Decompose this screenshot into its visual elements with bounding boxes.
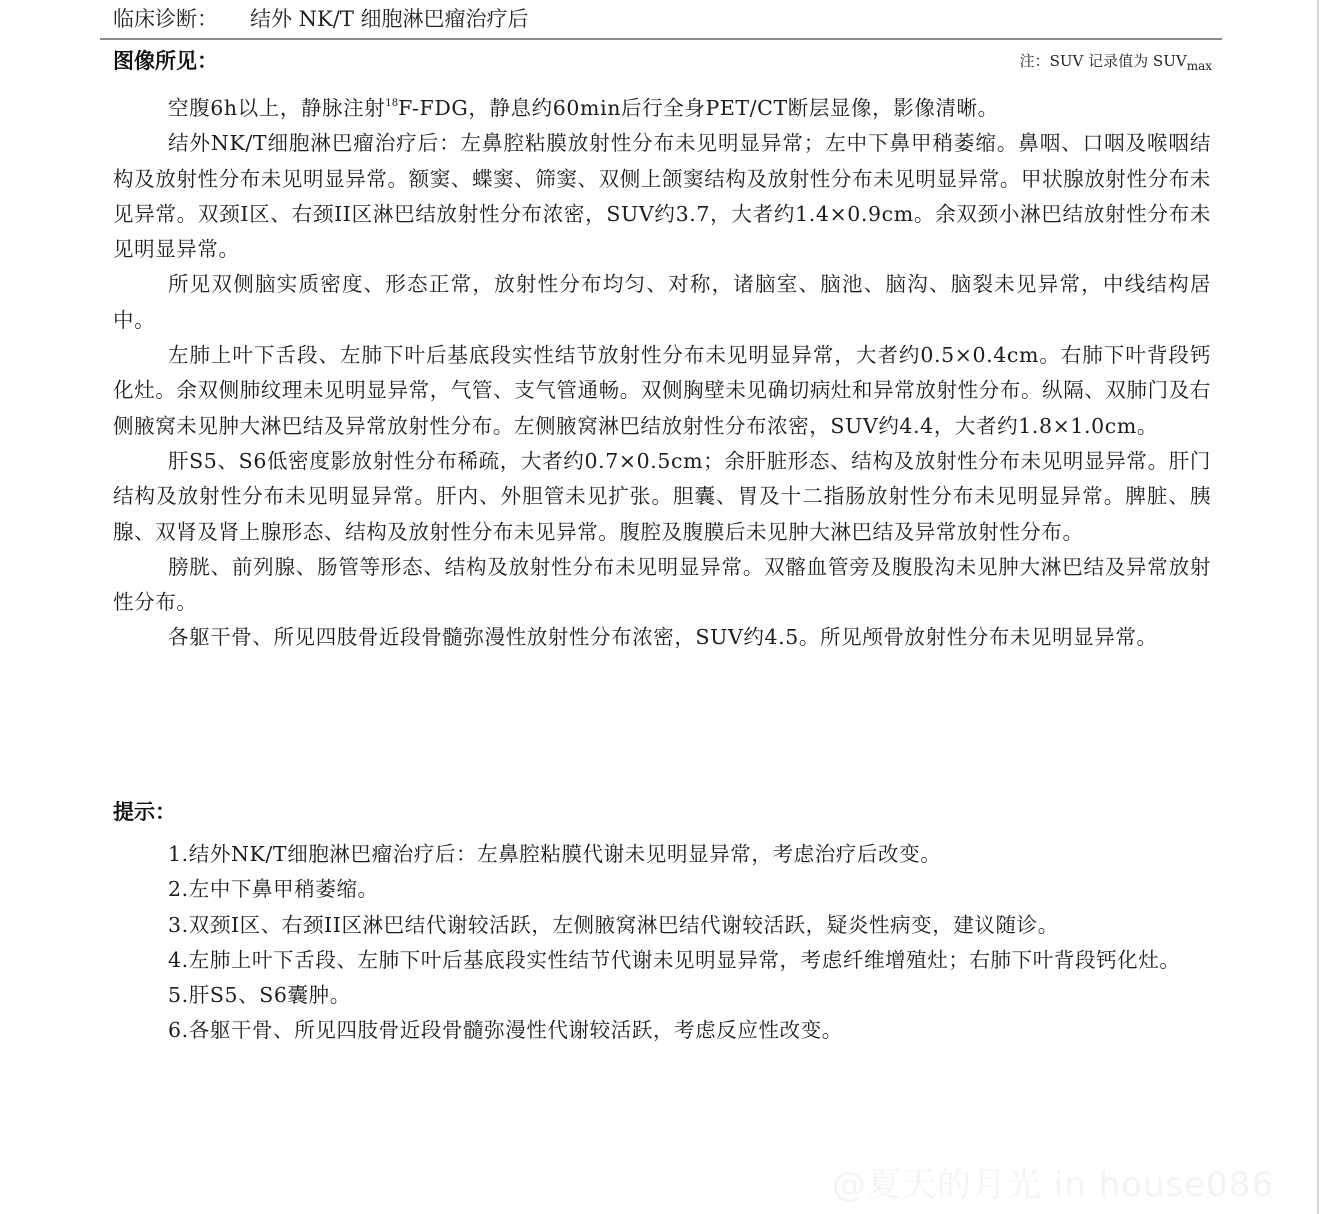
report-page: 临床诊断：结外 NK/T 细胞淋巴瘤治疗后 图像所见： 注：SUV 记录值为 S… xyxy=(0,0,1320,1214)
findings-title: 图像所见： xyxy=(113,46,218,76)
suv-note: 注：SUV 记录值为 SUVmax xyxy=(1020,50,1212,77)
suv-note-subscript: max xyxy=(1187,59,1212,73)
findings-paragraph: 肝S5、S6低密度影放射性分布稀疏，大者约0.7×0.5cm；余肝脏形态、结构及… xyxy=(113,444,1211,550)
page-edge xyxy=(1317,0,1319,1214)
suv-note-text: 注：SUV 记录值为 SUV xyxy=(1020,52,1187,70)
impression-item: 1.结外NK/T细胞淋巴瘤治疗后：左鼻腔粘膜代谢未见明显异常，考虑治疗后改变。 xyxy=(113,837,1211,872)
impression-item: 4.左肺上叶下舌段、左肺下叶后基底段实性结节代谢未见明显异常，考虑纤维增殖灶；右… xyxy=(113,943,1211,978)
impression-item: 6.各躯干骨、所见四肢骨近段骨髓弥漫性代谢较活跃，考虑反应性改变。 xyxy=(113,1013,1211,1048)
clinical-diagnosis-value: 结外 NK/T 细胞淋巴瘤治疗后 xyxy=(250,7,529,31)
impression-item: 5.肝S5、S6囊肿。 xyxy=(113,978,1211,1013)
findings-paragraph: 结外NK/T细胞淋巴瘤治疗后：左鼻腔粘膜放射性分布未见明显异常；左中下鼻甲稍萎缩… xyxy=(113,126,1211,267)
findings-paragraph: 左肺上叶下舌段、左肺下叶后基底段实性结节放射性分布未见明显异常，大者约0.5×0… xyxy=(113,338,1211,444)
clinical-diagnosis-row: 临床诊断：结外 NK/T 细胞淋巴瘤治疗后 xyxy=(113,4,529,34)
impression-title: 提示： xyxy=(113,797,176,827)
clinical-diagnosis-label: 临床诊断： xyxy=(113,4,250,34)
impression-item: 2.左中下鼻甲稍萎缩。 xyxy=(113,872,1211,907)
findings-body: 空腹6h以上，静脉注射18F-FDG，静息约60min后行全身PET/CT断层显… xyxy=(113,86,1211,656)
findings-paragraph: 所见双侧脑实质密度、形态正常，放射性分布均匀、对称，诸脑室、脑池、脑沟、脑裂未见… xyxy=(113,267,1211,338)
impression-item: 3.双颈I区、右颈II区淋巴结代谢较活跃，左侧腋窝淋巴结代谢较活跃，疑炎性病变，… xyxy=(113,908,1211,943)
isotope-superscript: 18 xyxy=(385,98,398,109)
watermark: @夏天的月光 in house086 xyxy=(832,1157,1274,1206)
findings-paragraph: 膀胱、前列腺、肠管等形态、结构及放射性分布未见明显异常。双髂血管旁及腹股沟未见肿… xyxy=(113,550,1211,621)
header-divider xyxy=(100,38,1222,40)
impression-list: 1.结外NK/T细胞淋巴瘤治疗后：左鼻腔粘膜代谢未见明显异常，考虑治疗后改变。 … xyxy=(113,837,1211,1049)
findings-paragraph-intro: 空腹6h以上，静脉注射18F-FDG，静息约60min后行全身PET/CT断层显… xyxy=(113,86,1211,126)
findings-paragraph: 各躯干骨、所见四肢骨近段骨髓弥漫性放射性分布浓密，SUV约4.5。所见颅骨放射性… xyxy=(113,620,1211,655)
